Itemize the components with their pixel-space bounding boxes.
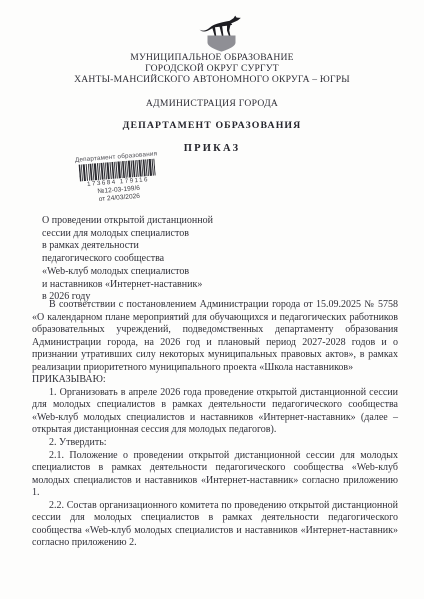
title-line: О проведении открытой дистанционной — [42, 215, 292, 228]
document-body: В соответствии с постановлением Админист… — [32, 299, 398, 550]
paragraph-item-2: 2. Утвердить: — [32, 437, 398, 450]
paragraph-order-word: ПРИКАЗЫВАЮ: — [32, 374, 398, 387]
paragraph-item-1: 1. Организовать в апреле 2026 года прове… — [32, 387, 398, 437]
org-line: ГОРОДСКОЙ ОКРУГ СУРГУТ — [0, 63, 424, 74]
paragraph-item-2-1: 2.1. Положение о проведении открытой дис… — [32, 450, 398, 500]
administration-line: АДМИНИСТРАЦИЯ ГОРОДА — [0, 98, 424, 109]
paragraph-preamble: В соответствии с постановлением Админист… — [32, 299, 398, 374]
title-line: и наставников «Интернет-наставник» — [42, 279, 292, 292]
title-line: педагогического сообщества — [42, 253, 292, 266]
title-line: в рамках деятельности — [42, 240, 292, 253]
surgut-coat-of-arms-icon — [194, 9, 248, 53]
paragraph-item-2-2: 2.2. Состав организационного комитета по… — [32, 500, 398, 550]
org-line: ХАНТЫ-МАНСИЙСКОГО АВТОНОМНОГО ОКРУГА – Ю… — [0, 74, 424, 85]
title-line: «Web-клуб молодых специалистов — [42, 266, 292, 279]
org-line: МУНИЦИПАЛЬНОЕ ОБРАЗОВАНИЕ — [0, 52, 424, 63]
organization-name: МУНИЦИПАЛЬНОЕ ОБРАЗОВАНИЕ ГОРОДСКОЙ ОКРУ… — [0, 52, 424, 86]
registration-stamp: Департамент образования — [60, 149, 175, 206]
title-line: сессии для молодых специалистов — [42, 228, 292, 241]
document-title: О проведении открытой дистанционной сесс… — [42, 215, 292, 304]
fox-icon — [200, 16, 241, 36]
shield-icon — [208, 36, 236, 52]
department-line: ДЕПАРТАМЕНТ ОБРАЗОВАНИЯ — [0, 120, 424, 131]
document-page: МУНИЦИПАЛЬНОЕ ОБРАЗОВАНИЕ ГОРОДСКОЙ ОКРУ… — [0, 0, 424, 599]
document-type-heading: ПРИКАЗ — [0, 143, 424, 154]
